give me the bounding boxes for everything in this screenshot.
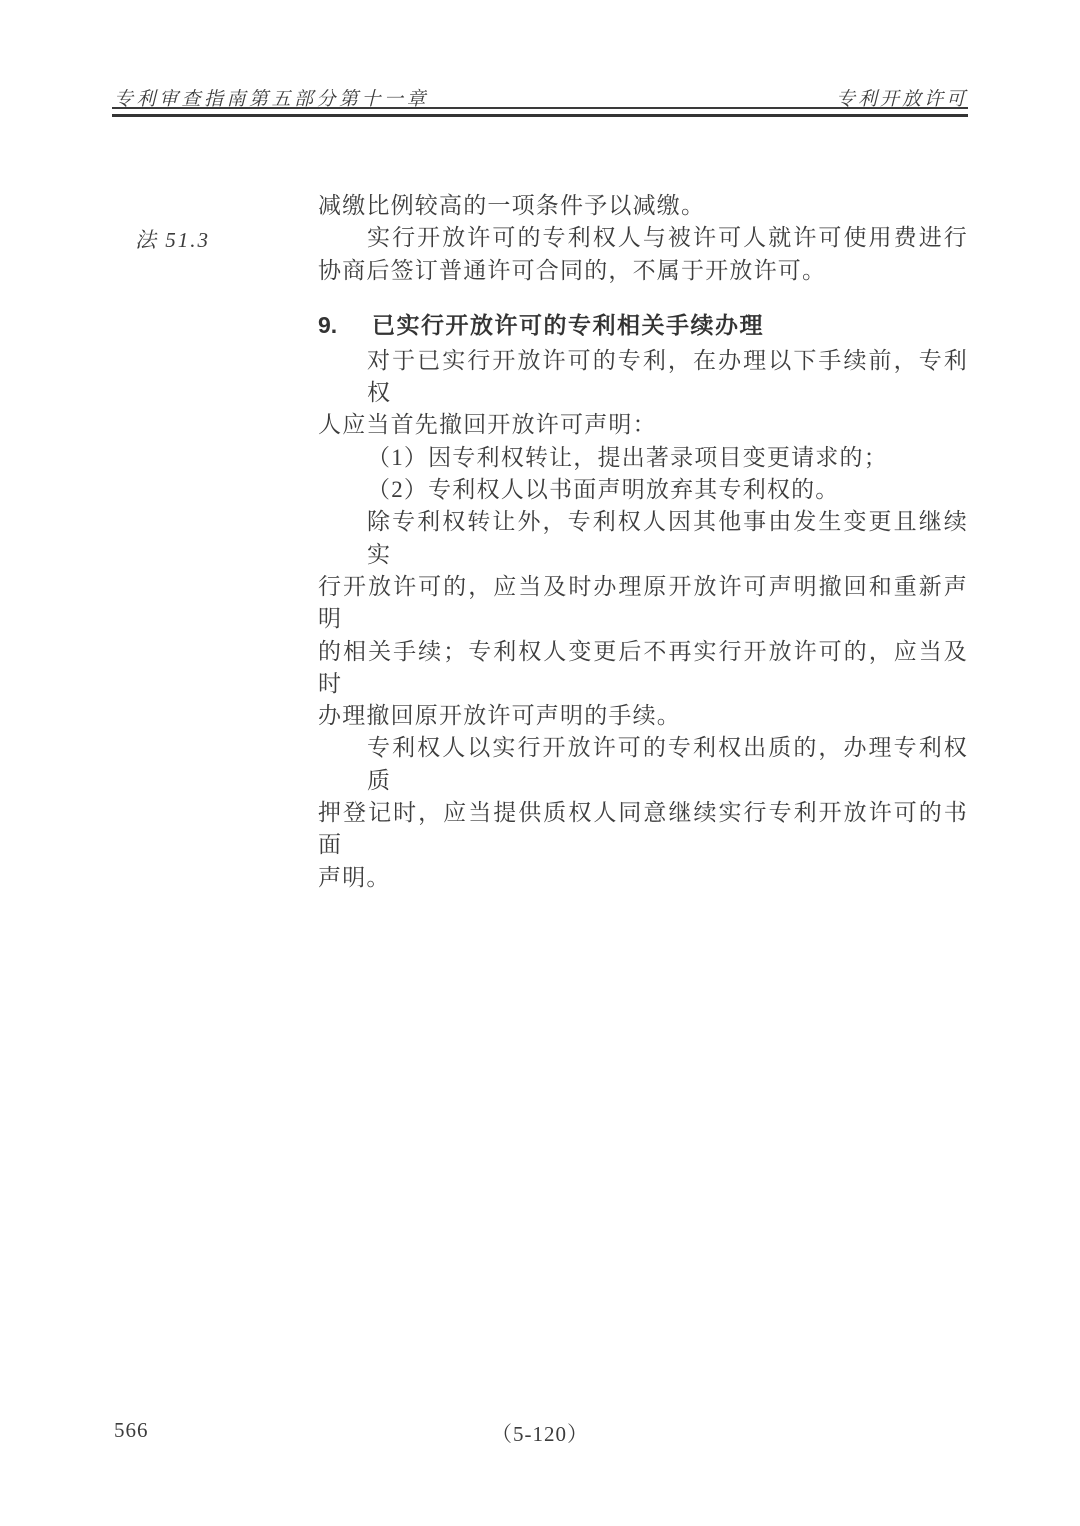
section-number: 9. xyxy=(318,308,372,342)
text-line: （1）因专利权转让，提出著录项目变更请求的； xyxy=(318,442,968,474)
body-text: 减缴比例较高的一项条件予以减缴。 实行开放许可的专利权人与被许可人就许可使用费进… xyxy=(318,190,968,894)
text-line: （2）专利权人以书面声明放弃其专利权的。 xyxy=(318,474,968,506)
text-line: 办理撤回原开放许可声明的手续。 xyxy=(318,700,968,732)
text-line: 的相关手续；专利权人变更后不再实行开放许可的，应当及时 xyxy=(318,636,968,701)
text-line: 除专利权转让外，专利权人因其他事由发生变更且继续实 xyxy=(318,506,968,571)
header-rule-thick xyxy=(112,114,968,117)
text-line: 人应当首先撤回开放许可声明： xyxy=(318,409,968,441)
text-line: 行开放许可的，应当及时办理原开放许可声明撤回和重新声明 xyxy=(318,571,968,636)
text-line: 声明。 xyxy=(318,862,968,894)
section-heading: 9.已实行开放许可的专利相关手续办理 xyxy=(318,308,968,342)
margin-note-law-51-3: 法 51.3 xyxy=(135,224,210,254)
text-line: 实行开放许可的专利权人与被许可人就许可使用费进行 xyxy=(318,222,968,254)
text-line: 专利权人以实行开放许可的专利权出质的，办理专利权质 xyxy=(318,732,968,797)
footer-page-code: （5-120） xyxy=(112,1418,968,1448)
header-rule-thin xyxy=(112,107,968,109)
text-line: 押登记时，应当提供质权人同意继续实行专利开放许可的书面 xyxy=(318,797,968,862)
text-line: 减缴比例较高的一项条件予以减缴。 xyxy=(318,190,968,222)
section-title: 已实行开放许可的专利相关手续办理 xyxy=(372,312,764,338)
text-line: 对于已实行开放许可的专利，在办理以下手续前，专利权 xyxy=(318,345,968,410)
text-line: 协商后签订普通许可合同的，不属于开放许可。 xyxy=(318,255,968,287)
document-page: 专利审查指南第五部分第十一章 专利开放许可 法 51.3 减缴比例较高的一项条件… xyxy=(0,0,1080,1526)
